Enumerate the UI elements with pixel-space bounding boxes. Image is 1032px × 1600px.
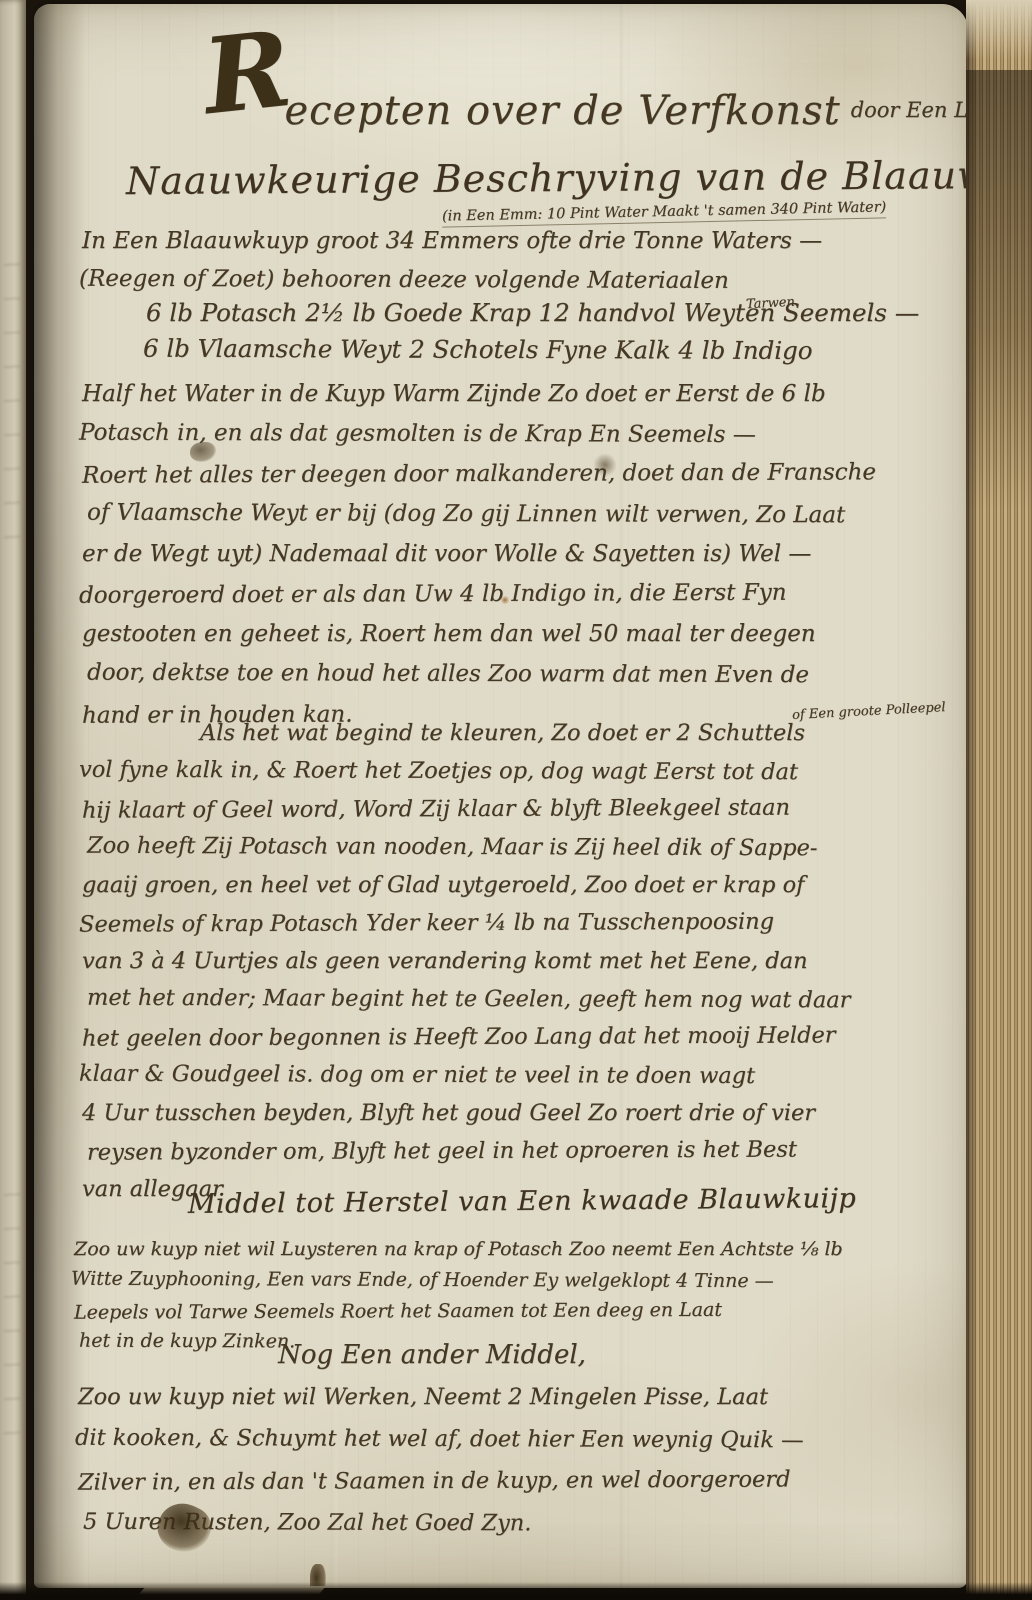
text-line: reysen byzonder om, Blyft het geel in he… — [87, 1130, 851, 1171]
text-line: doorgeroerd doet er als dan Uw 4 lb Indi… — [79, 572, 876, 615]
title-initial-flourish: R — [199, 22, 295, 124]
stain-spot — [500, 596, 510, 604]
text-line: Leepels vol Tarwe Seemels Roert het Saam… — [74, 1294, 843, 1328]
text-line: door, dektse toe en houd het alles Zoo w… — [87, 653, 876, 696]
text-line: Zoo heeft Zij Potasch van nooden, Maar i… — [87, 827, 851, 868]
ingredients-list: 6 lb Potasch 2½ lb Goede Krap 12 handvol… — [146, 294, 919, 368]
photo-bottom-shadow — [0, 1582, 1032, 1600]
manuscript-page: R ecepten over de Verfkonst door Een Lie… — [34, 4, 968, 1588]
main-instructions-paragraph: Half het Water in de Kuyp Warm Zijnde Zo… — [82, 374, 876, 734]
bleedthrough-text — [4, 250, 20, 550]
remedy-heading: Middel tot Herstel van Een kwaade Blauwk… — [82, 1182, 962, 1221]
subtitle: Naauwkeurige Beschryving van de Blaauwku… — [126, 153, 1006, 203]
text-line: klaar & Goudgeel is. dog om er niet te v… — [79, 1055, 851, 1096]
text-line: 6 lb Potasch 2½ lb Goede Krap 12 handvol… — [146, 294, 919, 331]
fore-edge-shadow — [966, 70, 1032, 510]
text-line: 4 Uur tusschen beyden, Blyft het goud Ge… — [82, 1094, 850, 1132]
text-line: 6 lb Vlaamsche Weyt 2 Schotels Fyne Kalk… — [143, 330, 919, 370]
text-line: hij klaart of Geel word, Word Zij klaar … — [82, 788, 851, 829]
text-line: gaaij groen, en heel vet of Glad uytgero… — [82, 866, 850, 904]
colouring-paragraph: Als het wat begind te kleuren, Zo doet e… — [82, 714, 850, 1208]
page-title: R ecepten over de Verfkonst door Een Lie… — [204, 26, 964, 134]
text-line: In Een Blaauwkuyp groot 34 Emmers ofte d… — [82, 222, 822, 261]
text-line: Zoo uw kuyp niet wil Werken, Neemt 2 Min… — [78, 1376, 804, 1418]
text-line: er de Wegt uyt) Nademaal dit voor Wolle … — [82, 534, 876, 574]
text-line: gestooten en geheet is, Roert hem dan we… — [82, 614, 876, 654]
text-line: met het ander; Maar begint het te Geelen… — [87, 979, 851, 1020]
text-line: vol fyne kalk in, & Roert het Zoetjes op… — [79, 751, 851, 792]
text-line: Zoo uw kuyp niet wil Luysteren na krap o… — [74, 1234, 843, 1265]
fore-edge-highlight — [966, 0, 1032, 60]
correction-tarwen: Tarwen — [746, 295, 796, 313]
previous-page-sliver — [0, 0, 26, 1600]
title-text: ecepten over de Verfkonst — [284, 26, 840, 134]
text-line: Seemels of krap Potasch Yder keer ¼ lb n… — [79, 902, 851, 943]
intro-paragraph: In Een Blaauwkuyp groot 34 Emmers ofte d… — [82, 222, 822, 300]
manuscript-photo: R ecepten over de Verfkonst door Een Lie… — [0, 0, 1032, 1600]
other-remedy-heading: Nog Een ander Middel, — [82, 1340, 782, 1370]
text-line: Zilver in, en als dan 't Saamen in de ku… — [78, 1458, 804, 1503]
text-line: het geelen door begonnen is Heeft Zoo La… — [82, 1016, 851, 1057]
text-line: Half het Water in de Kuyp Warm Zijnde Zo… — [82, 374, 876, 414]
text-line: dit kooken, & Schuymt het wel af, doet h… — [75, 1417, 804, 1462]
text-line: of Vlaamsche Weyt er bij (dog Zo gij Lin… — [87, 493, 876, 536]
text-line: van 3 à 4 Uurtjes als geen verandering k… — [82, 942, 850, 980]
text-line: Witte Zuyphooning, Een vars Ende, of Hoe… — [71, 1264, 843, 1298]
text-line: Als het wat begind te kleuren, Zo doet e… — [82, 714, 850, 752]
bleedthrough-text — [4, 1180, 20, 1440]
book-fore-edge — [966, 0, 1032, 1600]
